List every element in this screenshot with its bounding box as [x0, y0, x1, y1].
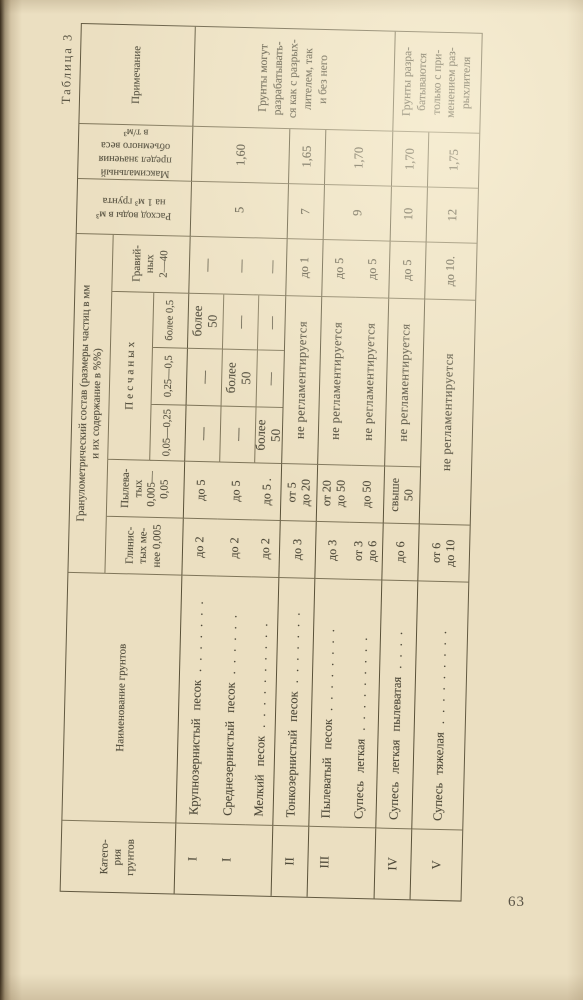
- header-silt: Пылева- тых 0,005— 0,05: [106, 460, 184, 519]
- cell-silt-row5: от 20 до 50: [316, 465, 351, 523]
- cell-sand-coarse-row3: —: [257, 295, 285, 351]
- cell-silt-row3: до 5 .: [253, 463, 281, 521]
- cell-gravel-row2: —: [223, 238, 259, 296]
- cell-clay-row5: до 3: [314, 522, 349, 580]
- header-water-consumption-text: Расход воды в м³ на 1 м³ грунта: [96, 193, 172, 222]
- cell-sands-row6: не регламентируется: [351, 298, 388, 467]
- page-number: 63: [508, 894, 525, 911]
- cell-weight-row8: 1,75: [427, 133, 479, 189]
- cell-silt-row4: от 5 до 20: [280, 464, 317, 522]
- cell-sand-fine-row2: —: [219, 407, 255, 464]
- cell-weight-row7: 1,70: [391, 132, 428, 188]
- header-soil-name: Наименование грунтов: [62, 573, 181, 824]
- cell-sand-fine-row1: —: [184, 406, 220, 463]
- cell-silt-sands-row8: не регламентируется: [419, 299, 475, 525]
- cell-weight-rows5-6: 1,70: [324, 130, 392, 187]
- cell-water-rows5-6: 9: [323, 185, 391, 242]
- header-sand-medium: 0,25—0,5: [151, 348, 187, 406]
- header-note: Примечание: [79, 24, 194, 127]
- cell-name-row8: Супесь тяжелая . . . . . . . . .: [411, 581, 468, 830]
- cell-sand-medium-row3: —: [256, 350, 284, 408]
- soil-classification-table: Катего- рия грунтов Наименование грунтов…: [60, 23, 483, 902]
- header-sand-coarse: более 0,5: [152, 293, 188, 349]
- cell-water-row4: 7: [287, 184, 324, 240]
- cell-gravel-row7: до 5: [388, 242, 425, 300]
- cell-water-row8: 12: [426, 188, 478, 244]
- header-sand: Песчаных: [107, 292, 153, 461]
- scanned-book-page: Таблица 3 Катего- рия грунтов Наименован…: [0, 0, 583, 1000]
- cell-category-row7: IV: [374, 828, 412, 899]
- cell-clay-row8: от 6 до 10: [417, 524, 469, 582]
- cell-clay-row2: до 2: [216, 519, 252, 577]
- cell-name-row7: Супесь легкая пылеватая . . . .: [375, 581, 417, 830]
- cell-sand-coarse-row2: —: [222, 295, 258, 351]
- cell-sand-medium-row2: более 50: [221, 350, 257, 408]
- cell-silt-row6: до 50: [350, 466, 384, 524]
- header-clay: Глинис- тых ме- нее 0,005: [104, 517, 182, 576]
- cell-sand-fine-row3: более 50: [254, 407, 282, 464]
- cell-silt-row7: свыше 50: [383, 467, 420, 525]
- cell-gravel-row6: до 5: [355, 241, 389, 299]
- cell-category-row6: [341, 828, 376, 899]
- header-gravel: Гравий- ных 2—40: [111, 235, 189, 294]
- header-water-consumption: Расход воды в м³ на 1 м³ грунта: [77, 179, 191, 237]
- cell-category-row5: III: [307, 827, 343, 898]
- cell-note-rows7-8: Грунты разра- батываются только с при- м…: [392, 32, 481, 134]
- cell-clay-row1: до 2: [181, 519, 217, 577]
- rotated-table-area: Таблица 3 Катего- рия грунтов Наименован…: [39, 24, 487, 901]
- header-category: Катего- рия грунтов: [61, 821, 176, 894]
- header-max-unit-weight-text: Максимальный предел значения объемного в…: [98, 124, 173, 180]
- table-caption: Таблица 3: [59, 33, 76, 105]
- cell-category-row4: II: [271, 826, 309, 897]
- cell-gravel-row3: —: [258, 238, 286, 296]
- header-max-unit-weight: Максимальный предел значения объемного в…: [78, 124, 192, 182]
- cell-sand-medium-row1: —: [186, 349, 222, 407]
- cell-gravel-row4: до 1: [285, 239, 322, 297]
- cell-gravel-row5: до 5: [321, 240, 356, 298]
- cell-weight-rows1-3: 1,60: [191, 127, 289, 184]
- cell-category-row3: [244, 825, 273, 896]
- cell-sand-coarse-row1: более 50: [187, 294, 223, 350]
- cell-clay-row3: до 2: [251, 520, 279, 578]
- cell-gravel-row1: —: [188, 237, 224, 295]
- cell-category-row2: I: [209, 824, 246, 895]
- cell-silt-row1: до 5: [183, 462, 219, 520]
- cell-clay-row7: до 6: [381, 524, 418, 582]
- cell-gravel-row8: до 10.: [424, 242, 476, 300]
- cell-clay-row4: до 3: [278, 521, 315, 579]
- scan-tilt-wrapper: Таблица 3 Катего- рия грунтов Наименован…: [0, 0, 583, 1000]
- cell-category-row1: I: [174, 824, 211, 895]
- cell-silt-row2: до 5: [218, 463, 254, 521]
- cell-category-row8: V: [410, 829, 463, 900]
- cell-weight-row4: 1,65: [288, 129, 325, 185]
- cell-sands-row4: не регламентируется: [281, 296, 321, 465]
- cell-sands-row7: не регламентируется: [384, 299, 424, 468]
- cell-water-rows1-3: 5: [190, 182, 288, 239]
- cell-name-row4: Тонкозернистый песок . . . . . . .: [272, 578, 314, 827]
- header-sand-fine: 0,05—0,25: [149, 405, 185, 462]
- cell-clay-row6: от 3 до 6: [348, 523, 382, 581]
- cell-note-rows1-6: Грунты могут разрабатывать- ся как с раз…: [192, 27, 394, 132]
- cell-sands-row5: не регламентируется: [317, 297, 355, 466]
- cell-water-row7: 10: [390, 187, 427, 243]
